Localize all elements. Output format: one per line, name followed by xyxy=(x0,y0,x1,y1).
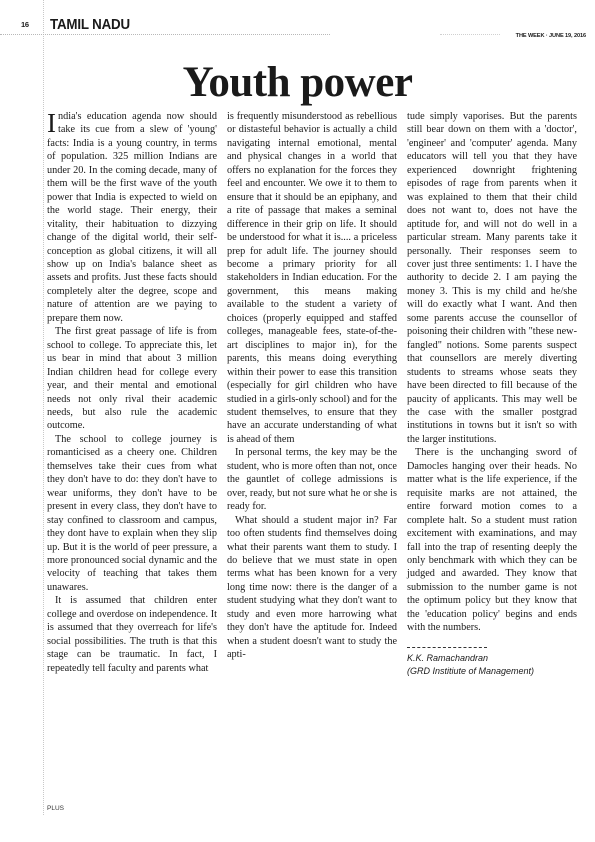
paragraph: What should a student major in? Far too … xyxy=(227,514,397,662)
paragraph: India's education agenda now should take… xyxy=(47,110,217,325)
page-number: 16 xyxy=(21,20,29,29)
paragraph-text: ndia's education agenda now should take … xyxy=(47,111,217,324)
author-affiliation: (GRD Institiute of Management) xyxy=(407,665,577,678)
paragraph: The school to college journey is romanti… xyxy=(47,433,217,594)
column-3: tude simply vaporises. But the parents s… xyxy=(407,110,577,678)
footer-label: PLUS xyxy=(47,805,64,812)
paragraph-continued: is frequently misunderstood as rebelliou… xyxy=(227,110,397,446)
paragraph: In personal terms, the key may be the st… xyxy=(227,446,397,513)
paragraph: It is assumed that children enter colleg… xyxy=(47,594,217,675)
section-title: TAMIL NADU xyxy=(50,17,130,33)
column-2: is frequently misunderstood as rebelliou… xyxy=(227,110,397,678)
header-rule xyxy=(0,34,330,35)
margin-guide-line xyxy=(43,0,44,815)
paragraph: There is the unchanging sword of Damocle… xyxy=(407,446,577,634)
article-headline: Youth power xyxy=(0,58,595,108)
drop-cap: I xyxy=(47,112,56,134)
issue-info: THE WEEK · JUNE 19, 2016 xyxy=(516,33,586,39)
paragraph-continued: tude simply vaporises. But the parents s… xyxy=(407,110,577,446)
author-name: K.K. Ramachandran xyxy=(407,652,577,665)
header-rule-right xyxy=(440,34,500,35)
article-body: India's education agenda now should take… xyxy=(47,110,577,678)
column-1: India's education agenda now should take… xyxy=(47,110,217,678)
paragraph: The first great passage of life is from … xyxy=(47,325,217,433)
signature-rule xyxy=(407,647,487,648)
